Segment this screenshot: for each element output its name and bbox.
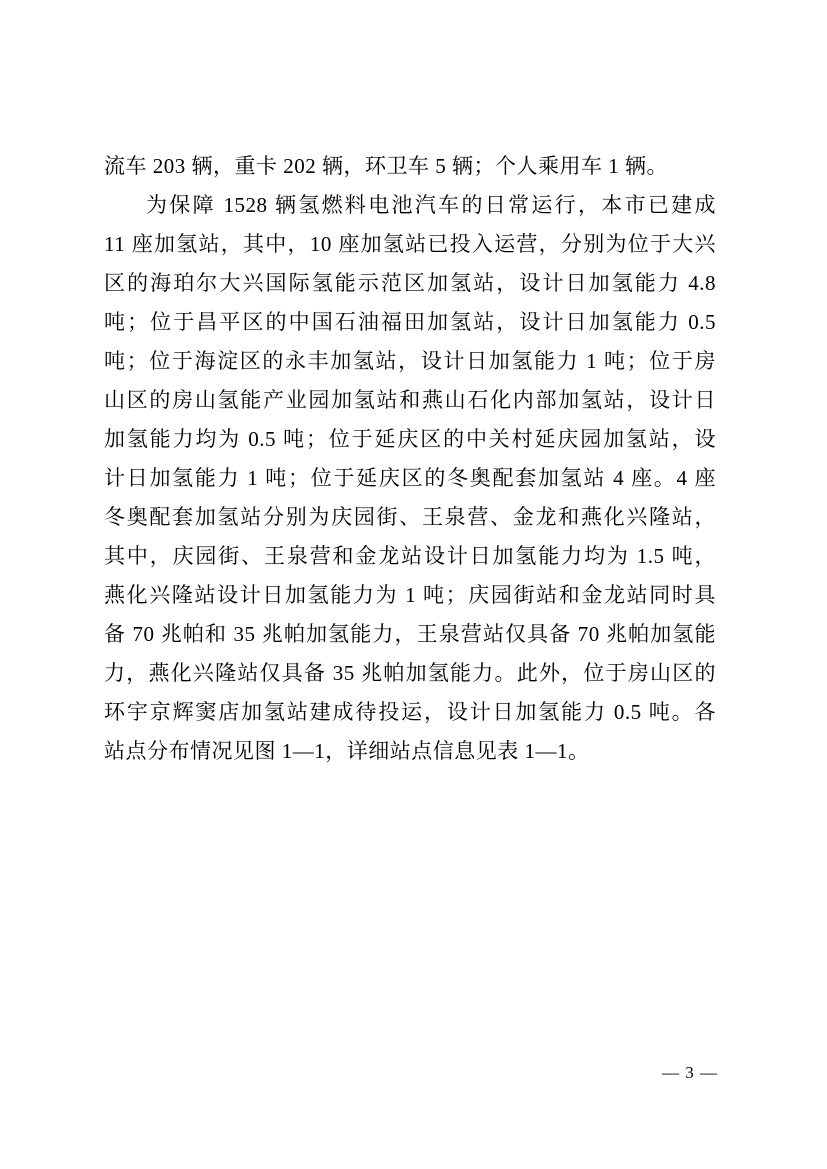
body-text-line: 流车 203 辆，重卡 202 辆，环卫车 5 辆；个人乘用车 1 辆。 <box>104 147 716 186</box>
body-text-line: 其中，庆园街、王泉营和金龙站设计日加氢能力均为 1.5 吨， <box>104 537 716 576</box>
document-page: 流车 203 辆，重卡 202 辆，环卫车 5 辆；个人乘用车 1 辆。 为保障… <box>0 0 827 1169</box>
body-text-line: 吨；位于海淀区的永丰加氢站，设计日加氢能力 1 吨；位于房 <box>104 342 716 381</box>
body-text-line: 11 座加氢站，其中，10 座加氢站已投入运营，分别为位于大兴 <box>104 225 716 264</box>
body-text-line: 冬奥配套加氢站分别为庆园街、王泉营、金龙和燕化兴隆站， <box>104 498 716 537</box>
body-text-line: 加氢能力均为 0.5 吨；位于延庆区的中关村延庆园加氢站，设 <box>104 420 716 459</box>
body-text-line: 山区的房山氢能产业园加氢站和燕山石化内部加氢站，设计日 <box>104 381 716 420</box>
body-text-line: 燕化兴隆站设计日加氢能力为 1 吨；庆园街站和金龙站同时具 <box>104 576 716 615</box>
body-text-line: 环宇京辉窦店加氢站建成待投运，设计日加氢能力 0.5 吨。各 <box>104 693 716 732</box>
body-text-line: 计日加氢能力 1 吨；位于延庆区的冬奥配套加氢站 4 座。4 座 <box>104 459 716 498</box>
body-text: 流车 203 辆，重卡 202 辆，环卫车 5 辆；个人乘用车 1 辆。 为保障… <box>104 147 716 771</box>
body-text-line: 站点分布情况见图 1—1，详细站点信息见表 1—1。 <box>104 732 716 771</box>
body-text-line: 吨；位于昌平区的中国石油福田加氢站，设计日加氢能力 0.5 <box>104 303 716 342</box>
body-text-line: 力，燕化兴隆站仅具备 35 兆帕加氢能力。此外，位于房山区的 <box>104 654 716 693</box>
body-text-line: 为保障 1528 辆氢燃料电池汽车的日常运行，本市已建成 <box>104 186 716 225</box>
body-text-line: 备 70 兆帕和 35 兆帕加氢能力，王泉营站仅具备 70 兆帕加氢能 <box>104 615 716 654</box>
page-number: — 3 — <box>640 1062 740 1084</box>
body-text-line: 区的海珀尔大兴国际氢能示范区加氢站，设计日加氢能力 4.8 <box>104 264 716 303</box>
